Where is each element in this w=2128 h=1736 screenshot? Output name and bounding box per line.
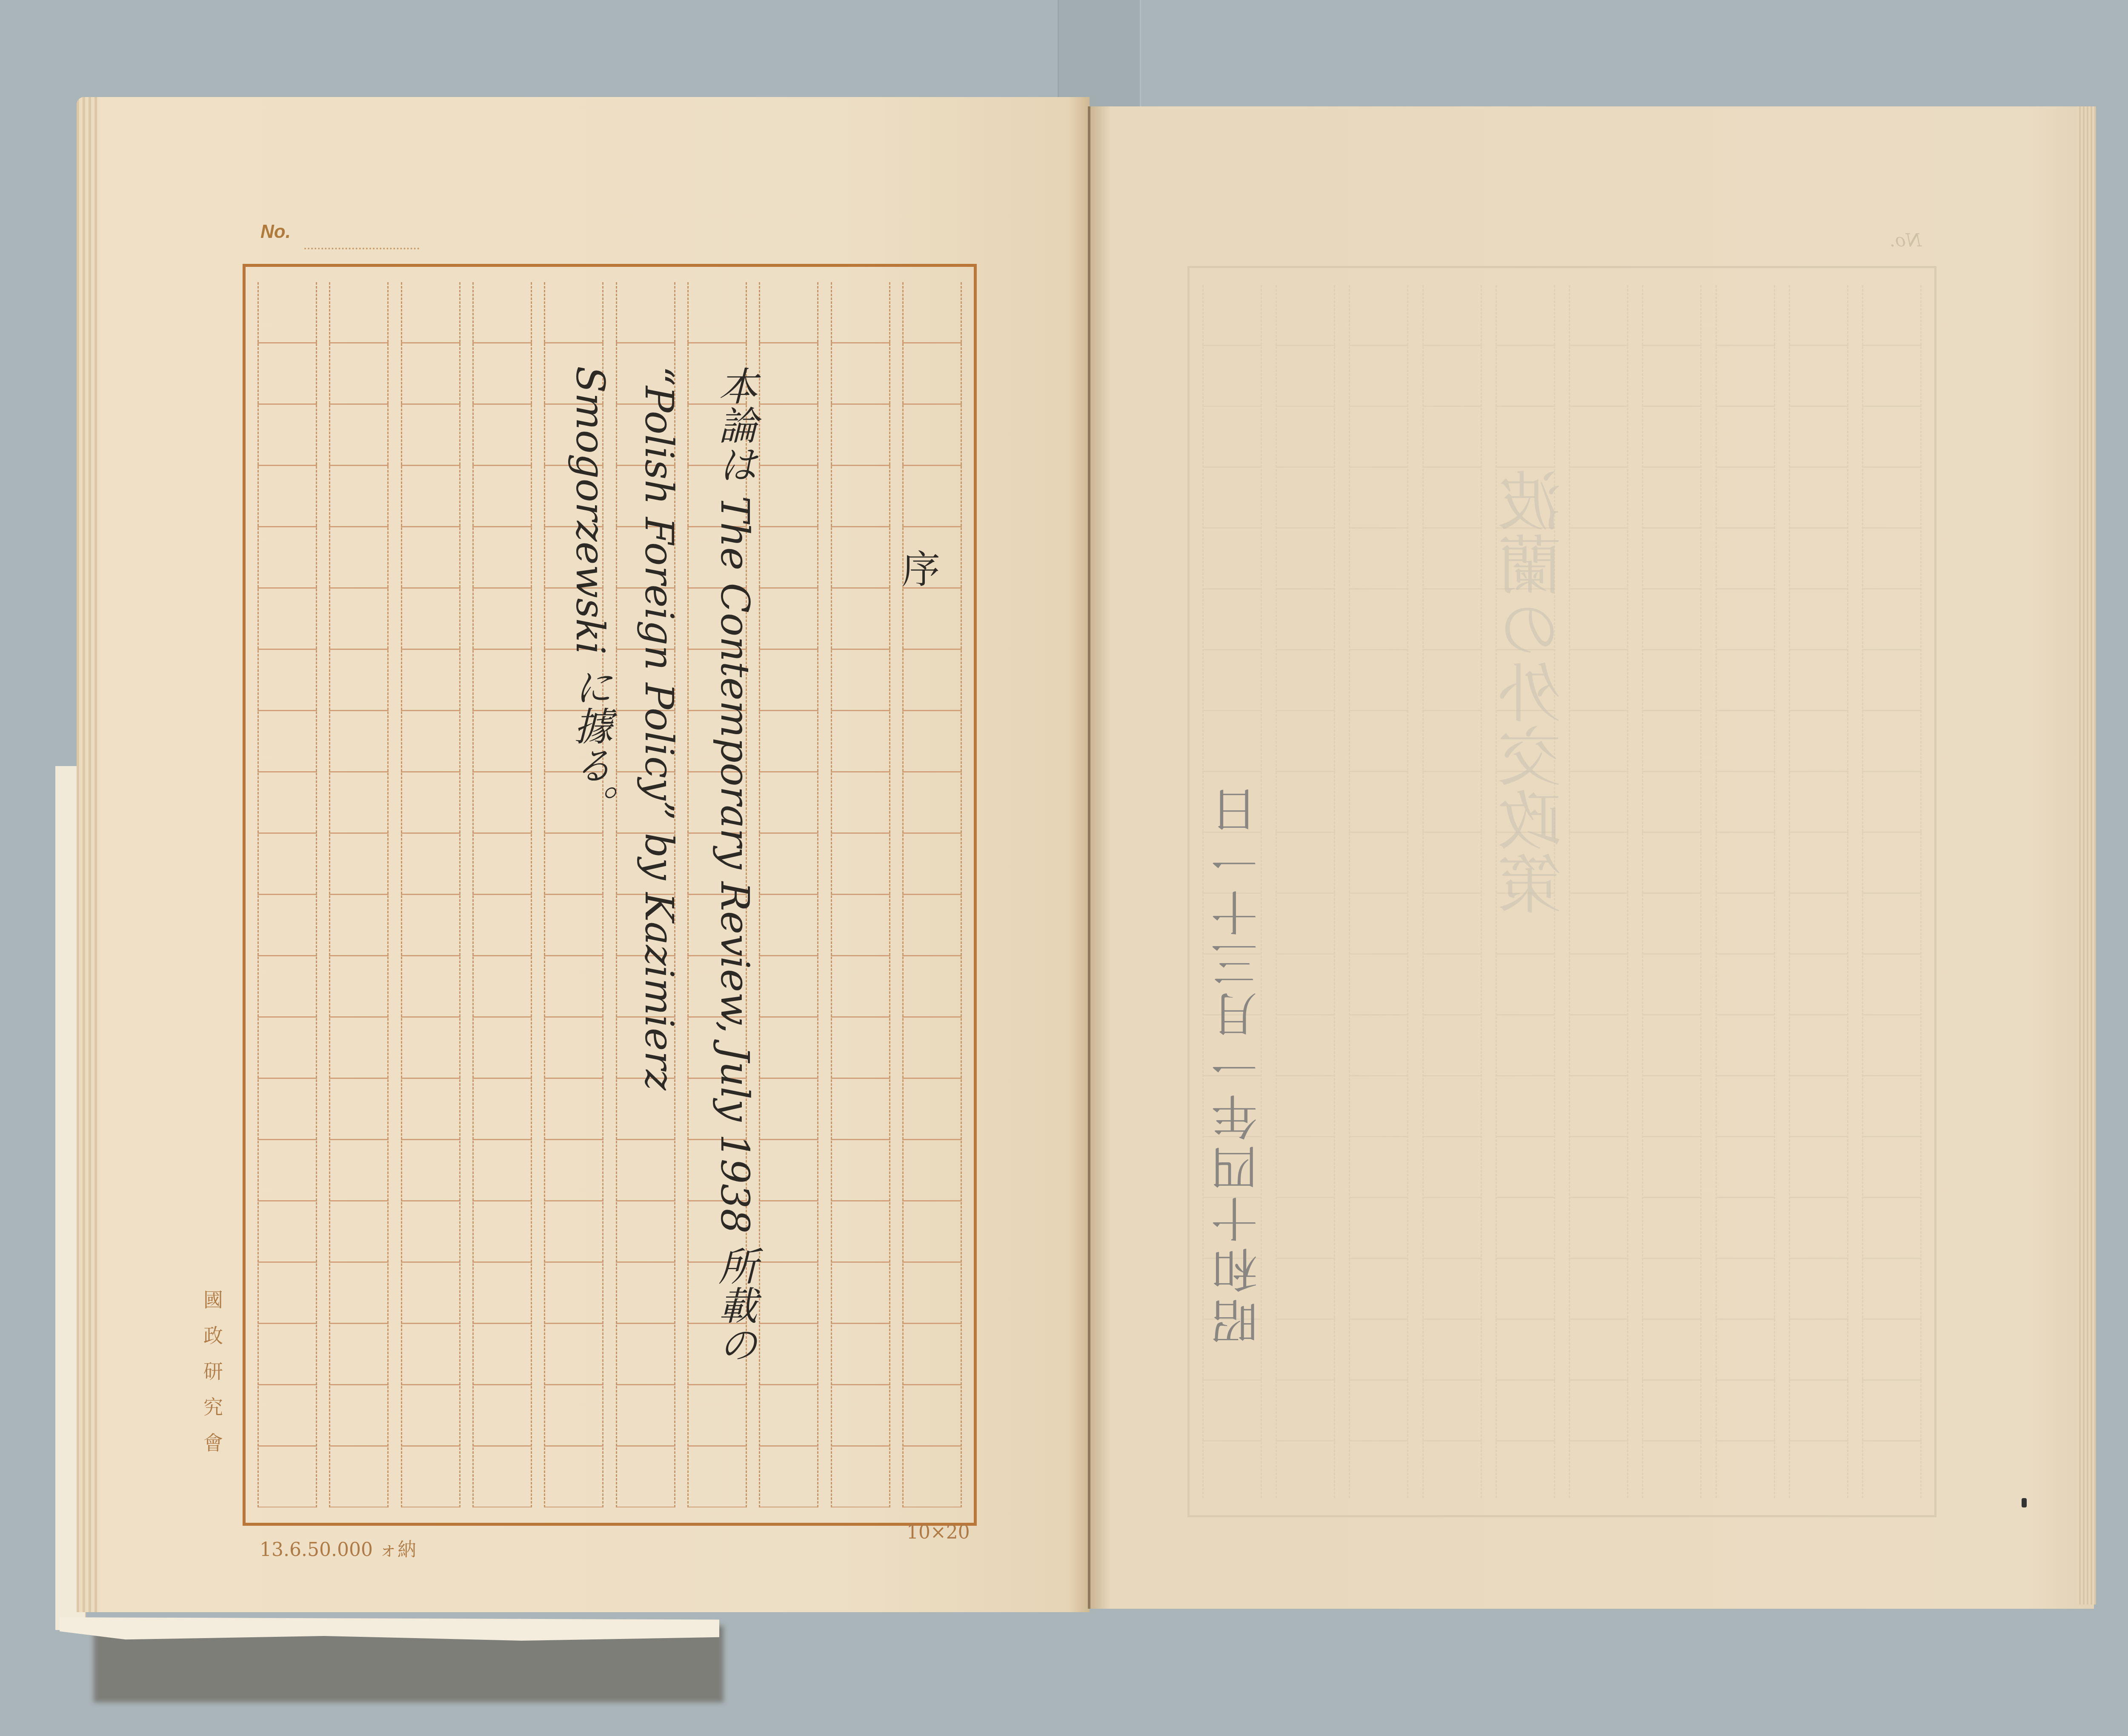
handwritten-line-2: “Polish Foreign Policy” by Kazimierz: [636, 366, 682, 1090]
background-fold: [1058, 0, 1141, 111]
handwritten-line-1: 本論は The Contemporary Review, July 1938 所…: [706, 366, 763, 1364]
grid-column: [1789, 285, 1848, 1498]
grid-column: [1716, 285, 1775, 1498]
grid-column: [902, 282, 962, 1507]
torn-paper-strip: [60, 1617, 719, 1641]
grid-column: [1862, 285, 1922, 1498]
grid-column: [1276, 285, 1335, 1498]
grid-column: [257, 282, 317, 1507]
grid-column: [401, 282, 460, 1507]
print-code: 13.6.50.000 ォ納: [260, 1534, 416, 1562]
publisher-label: 國政研究會: [198, 1290, 226, 1468]
mirrored-number-label: No.: [1890, 230, 1922, 251]
grid-column: [1349, 285, 1408, 1498]
grid-column: [759, 282, 818, 1507]
handwritten-line-3: Smogorzewski に據る。: [562, 366, 618, 824]
grid-column: [472, 282, 532, 1507]
grid-size-label: 10×20: [907, 1522, 970, 1543]
grid-column: [1422, 285, 1482, 1498]
right-page-edges: [2077, 106, 2096, 1604]
pencil-date-note: 昭和十四年一月三十一日: [1204, 783, 1272, 1345]
book-spine: [1088, 106, 1090, 1609]
grid-column: [1642, 285, 1702, 1498]
handwritten-title: 序: [890, 549, 945, 587]
grid-column: [831, 282, 890, 1507]
grid-column: [329, 282, 389, 1507]
left-page-edges: [77, 97, 98, 1612]
ink-mark: [2022, 1498, 2027, 1507]
number-field-line: [304, 248, 419, 249]
bleed-through-text: 波蘭の外交政策: [1490, 468, 1582, 915]
number-label: No.: [260, 221, 291, 243]
